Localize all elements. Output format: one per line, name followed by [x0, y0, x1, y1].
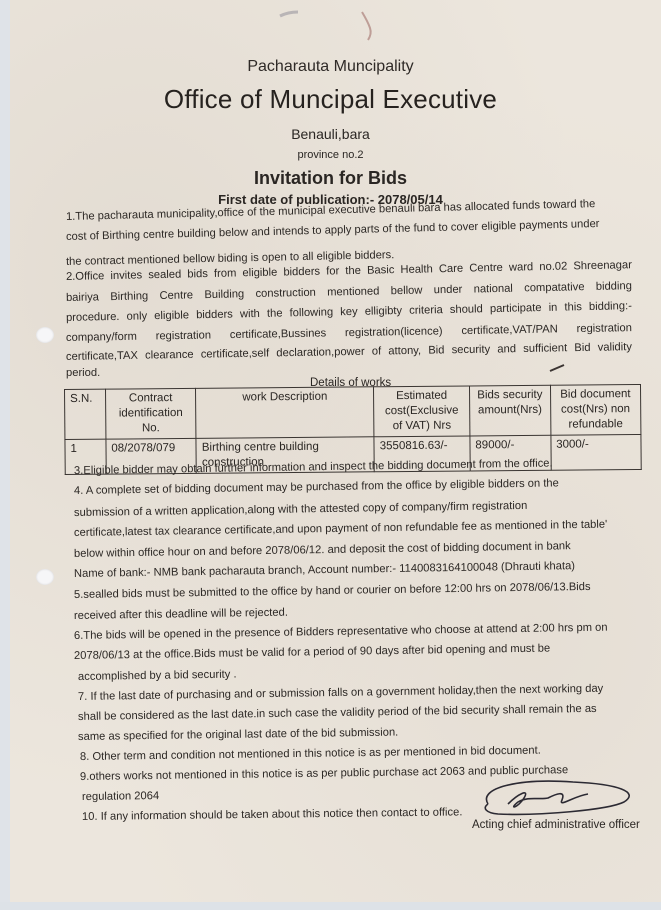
column-header: S.N. [65, 389, 106, 439]
column-header: Bid document cost(Nrs) non refundable [550, 384, 641, 435]
paragraph-line: same as specified for the original last … [78, 723, 644, 743]
paragraph-line: certificate,TAX clearance certificate,se… [66, 341, 632, 363]
paragraph-line: procedure. only eligible bidders with th… [66, 300, 632, 324]
signatory-title: Acting chief administrative officer [472, 819, 640, 831]
paragraph-line: 6.The bids will be opened in the presenc… [74, 621, 640, 642]
paragraph-line: received after this deadline will be rej… [74, 601, 640, 622]
column-header: Contract identification No. [105, 388, 196, 439]
paragraph-line: company/form registration certificate,Bu… [66, 322, 632, 344]
paragraph-line: 8. Other term and condition not mentione… [80, 743, 646, 763]
paragraph-line: below within office hour on and before 2… [74, 539, 640, 560]
paragraph-line: shall be considered as the last date.in … [78, 702, 644, 723]
column-header: work Description [196, 387, 374, 439]
notice-title: Invitation for Bids [0, 168, 661, 189]
paragraph-line: 7. If the last date of purchasing and or… [78, 682, 644, 703]
office-name: Office of Muncipal Executive [0, 84, 661, 115]
municipality-name: Pacharauta Muncipality [0, 58, 661, 76]
column-header: Bids security amount(Nrs) [469, 385, 550, 436]
paragraph-line: accomplished by a bid security . [78, 662, 644, 683]
paragraph-line: bairiya Birthing Centre Building constru… [66, 280, 632, 304]
signature-icon [478, 774, 638, 820]
notice-document: Pacharauta Muncipality Office of Muncipa… [0, 0, 661, 910]
paragraph-line: cost of Birthing centre building below a… [66, 217, 632, 243]
paragraph-line: 2078/06/13 at the office.Bids must be va… [74, 641, 640, 662]
column-header: Estimated cost(Exclusive of VAT) Nrs [374, 386, 470, 437]
paragraph-line: certificate,latest tax clearance certifi… [74, 518, 640, 539]
table-header-row: S.N. Contract identification No. work De… [65, 384, 641, 439]
paragraph-line: 5.sealled bids must be submitted to the … [74, 580, 640, 601]
paragraph-line: submission of a written application,alon… [74, 498, 640, 519]
paragraph-line: Name of bank:- NMB bank pacharauta branc… [74, 559, 640, 580]
province: province no.2 [0, 149, 661, 161]
office-address: Benauli,bara [0, 126, 661, 142]
paragraph-line: 4. A complete set of bidding document ma… [74, 476, 640, 497]
